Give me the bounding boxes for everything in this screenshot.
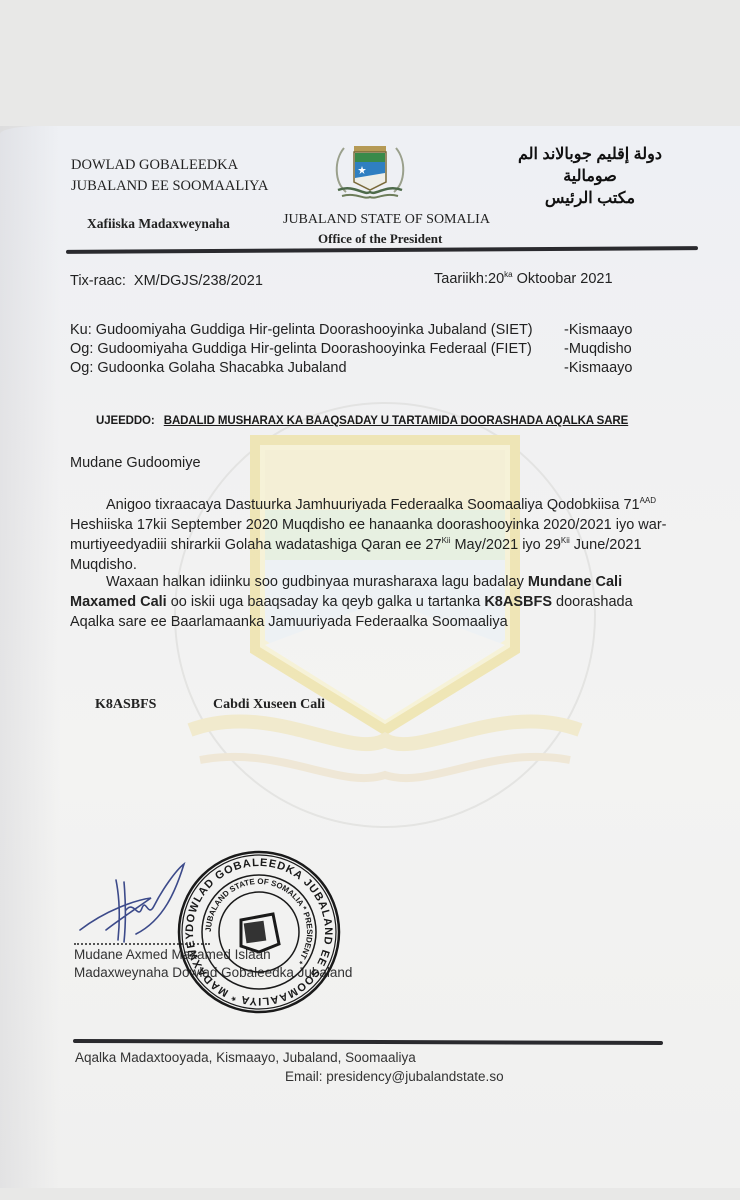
date-day: 20 bbox=[488, 271, 504, 287]
footer-address: Aqalka Madaxtooyada, Kismaayo, Jubaland,… bbox=[75, 1050, 416, 1065]
date-suffix: ka bbox=[504, 270, 512, 279]
header-left-block: DOWLAD GOBALEEDKA JUBALAND EE SOOMAALIYA bbox=[71, 155, 268, 197]
p1-part1: Anigoo tixraacaya Dastuurka Jamhuuriyada… bbox=[106, 497, 640, 513]
header-left-line1: DOWLAD GOBALEEDKA bbox=[71, 155, 268, 176]
salutation: Mudane Gudoomiye bbox=[70, 455, 201, 471]
p1-sup1: AAD bbox=[640, 496, 656, 505]
official-round-stamp-icon: DOWLAD GOBALEEDKA JUBALAND EE SOOMAALIYA… bbox=[175, 848, 343, 1016]
subject-line: UJEEDDO: BADALID MUSHARAX KA BAAQSADAY U… bbox=[96, 415, 628, 427]
date-rest: Oktoobar 2021 bbox=[513, 271, 613, 287]
p1-part3: May/2021 iyo 29 bbox=[450, 537, 560, 553]
header-arabic-line2: مكتب الرئيس bbox=[490, 188, 690, 210]
header-arabic-line1: دولة إقليم جوبالاند الم صومالية bbox=[490, 144, 690, 188]
recipient-city: -Kismaayo bbox=[564, 359, 640, 378]
recipients-list: Ku: Gudoomiyaha Guddiga Hir-gelinta Door… bbox=[70, 321, 640, 378]
recipient-row: Ku: Gudoomiyaha Guddiga Hir-gelinta Door… bbox=[70, 321, 640, 340]
header-arabic-block: دولة إقليم جوبالاند الم صومالية مكتب الر… bbox=[490, 144, 690, 210]
p1-sup3: Kii bbox=[561, 536, 570, 545]
recipient-text: Og: Gudoonka Golaha Shacabka Jubaland bbox=[70, 359, 347, 378]
candidate-seat-code: K8ASBFS bbox=[95, 697, 156, 713]
jubaland-coat-of-arms-icon bbox=[330, 140, 410, 206]
body-paragraph-2: Waxaan halkan idiinku soo gudbinyaa mura… bbox=[70, 572, 680, 632]
header-left-line2: JUBALAND EE SOOMAALIYA bbox=[71, 176, 268, 197]
header-office-somali: Xafiiska Madaxweynaha bbox=[87, 216, 230, 232]
subject-text: BADALID MUSHARAX KA BAAQSADAY U TARTAMID… bbox=[164, 415, 628, 427]
recipient-text: Og: Gudoomiyaha Guddiga Hir-gelinta Door… bbox=[70, 340, 532, 359]
date-label: Taariikh: bbox=[434, 271, 488, 287]
p2-part1: Waxaan halkan idiinku soo gudbinyaa mura… bbox=[106, 574, 528, 590]
candidate-name: Cabdi Xuseen Cali bbox=[213, 697, 325, 713]
header-office-english: Office of the President bbox=[318, 231, 442, 247]
recipient-city: -Muqdisho bbox=[564, 340, 640, 359]
recipient-row: Og: Gudoomiyaha Guddiga Hir-gelinta Door… bbox=[70, 340, 640, 359]
recipient-city: -Kismaayo bbox=[564, 321, 640, 340]
reference-value: XM/DGJS/238/2021 bbox=[134, 273, 263, 289]
reference-number: Tix-raac: XM/DGJS/238/2021 bbox=[70, 273, 263, 289]
seat-code-inline: K8ASBFS bbox=[484, 594, 552, 610]
footer-email[interactable]: Email: presidency@jubalandstate.so bbox=[285, 1069, 504, 1084]
subject-label: UJEEDDO: bbox=[96, 415, 155, 427]
reference-label: Tix-raac: bbox=[70, 273, 126, 289]
recipient-text: Ku: Gudoomiyaha Guddiga Hir-gelinta Door… bbox=[70, 321, 533, 340]
body-paragraph-1: Anigoo tixraacaya Dastuurka Jamhuuriyada… bbox=[70, 495, 680, 575]
letter-date: Taariikh:20ka Oktoobar 2021 bbox=[434, 271, 613, 287]
recipient-row: Og: Gudoonka Golaha Shacabka Jubaland -K… bbox=[70, 359, 640, 378]
p2-part2: oo iskii uga baaqsaday ka qeyb galka u t… bbox=[167, 594, 485, 610]
header-state-name: JUBALAND STATE OF SOMALIA bbox=[283, 212, 490, 228]
